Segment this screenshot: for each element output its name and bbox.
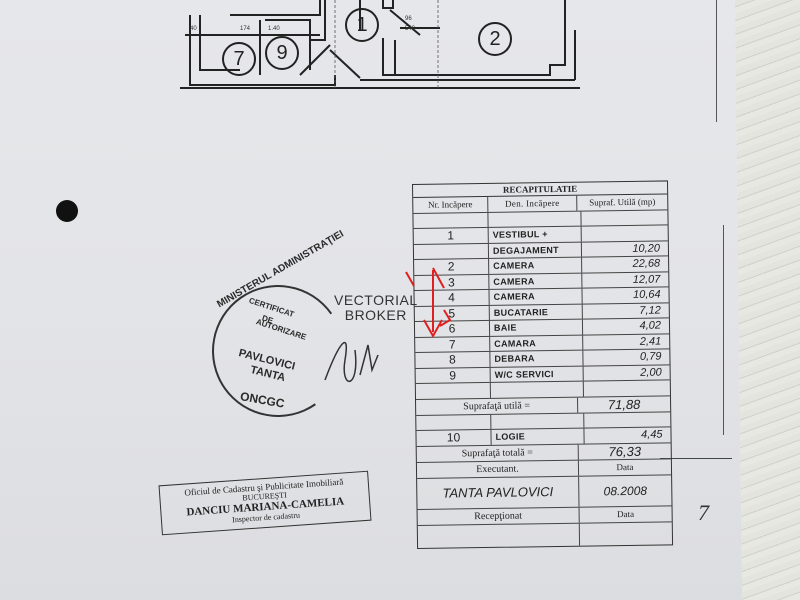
total-area-label: Suprafaţă totală = <box>417 444 579 461</box>
header-area: Supraf. Utilă (mp) <box>577 194 667 210</box>
cell-area: 10,20 <box>582 241 668 257</box>
desk-background <box>735 0 800 600</box>
cell-area: 4,45 <box>584 427 670 443</box>
cell-nr <box>414 243 489 259</box>
svg-text:1.40: 1.40 <box>268 26 280 32</box>
cell-area: 12,07 <box>582 272 668 288</box>
executant-label: Executant. <box>417 460 579 477</box>
red-arrow-annotation <box>400 262 460 342</box>
page-edge-line <box>716 0 717 122</box>
cell-nr <box>416 414 491 430</box>
svg-text:96: 96 <box>405 16 412 22</box>
cell-nr: 9 <box>416 367 491 383</box>
cell-name <box>491 413 584 429</box>
executant-name: TANTA PAVLOVICI <box>417 476 579 508</box>
executant-row: TANTA PAVLOVICI 08.2008 <box>417 475 671 510</box>
cell-name: CAMERA <box>489 289 582 305</box>
page-number: 7 <box>698 500 709 526</box>
cell-area <box>584 412 670 428</box>
cell-nr: 8 <box>415 352 490 368</box>
cell-area: 10,64 <box>582 287 668 303</box>
date-label: Data <box>579 459 671 475</box>
cell-name: W/C SERVICI <box>491 366 584 382</box>
cell-nr: 1 <box>414 228 489 244</box>
cell-name: DEBARA <box>490 351 583 367</box>
cell-name: CAMARA <box>490 335 583 351</box>
page-edge-line <box>723 225 724 435</box>
cell-area: 22,68 <box>582 256 668 272</box>
room-label-9: 9 <box>265 36 299 70</box>
cell-area <box>582 225 668 241</box>
room-label-2: 2 <box>478 22 512 56</box>
cell-name: BAIE <box>490 320 583 336</box>
useful-area-value: 71,88 <box>578 396 670 412</box>
svg-text:174: 174 <box>240 26 251 32</box>
cell-name: LOGIE <box>491 429 584 445</box>
cell-name: CAMERA <box>489 258 582 274</box>
useful-area-label: Suprafaţă utilă = <box>416 397 578 414</box>
cell-area: 7,12 <box>583 303 669 319</box>
punch-hole <box>56 200 78 222</box>
executant-date: 08.2008 <box>579 475 671 506</box>
cell-name: VESTIBUL + <box>489 227 582 243</box>
svg-text:40: 40 <box>190 26 197 32</box>
receptionat-blank-row <box>418 522 672 548</box>
cell-nr <box>416 383 491 399</box>
cell-name: BUCATARIE <box>490 304 583 320</box>
room-label-7: 7 <box>222 42 256 76</box>
cell-area <box>584 380 670 396</box>
receptionat-label: Recepţionat <box>418 507 580 524</box>
cell-nr: 10 <box>416 430 491 446</box>
cell-name <box>491 382 584 398</box>
cell-area: 4,02 <box>583 318 669 334</box>
summary-table: RECAPITULATIE Nr. Incăpere Den. Incăpere… <box>412 180 673 548</box>
floor-plan: 174 1.40 96 540 40 7 9 1 2 <box>180 0 580 90</box>
room-label-1: 1 <box>345 8 379 42</box>
receptionat-date-label: Data <box>580 506 672 522</box>
cell-area: 0,79 <box>583 349 669 365</box>
cell-area: 2,00 <box>584 365 670 381</box>
total-area-value: 76,33 <box>579 443 671 459</box>
svg-text:540: 540 <box>405 26 416 32</box>
cell-name: DEGAJAMENT <box>489 242 582 258</box>
header-name: Den. Incăpere <box>488 196 577 212</box>
cell-name: CAMERA <box>489 273 582 289</box>
cell-area: 2,41 <box>583 334 669 350</box>
signature-icon <box>320 320 380 400</box>
header-nr: Nr. Incăpere <box>413 197 488 213</box>
